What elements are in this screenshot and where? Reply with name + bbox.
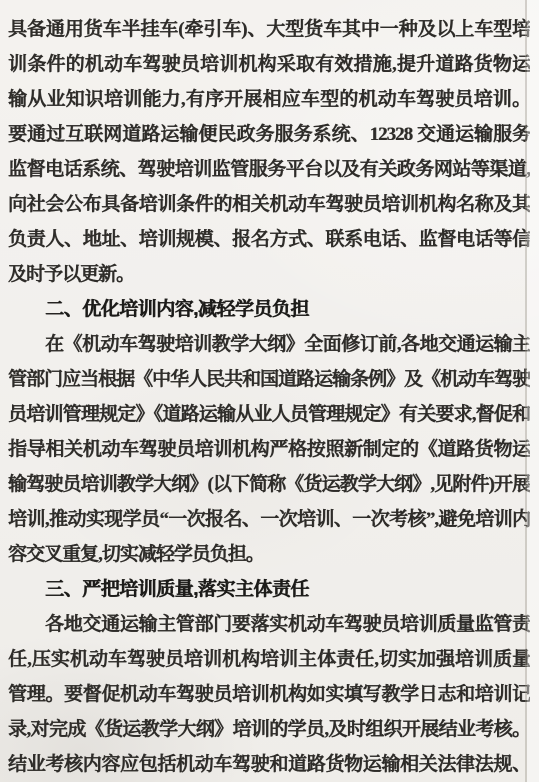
text-line: 指导相关机动车驾驶员培训机构严格按照新制定的《道路货物运 [8,432,530,467]
paragraph: 具备通用货车半挂车(牵引车)、大型货车其中一种及以上车型培训条件的机动车驾驶员培… [8,12,530,292]
text-line: 管理。要督促机动车驾驶员培训机构如实填写教学日志和培训记 [8,677,530,712]
text-line: 录,对完成《货运教学大纲》培训的学员,及时组织开展结业考核。 [8,712,530,747]
document-page: 具备通用货车半挂车(牵引车)、大型货车其中一种及以上车型培训条件的机动车驾驶员培… [0,0,539,782]
text-line: 负责人、地址、培训规模、报名方式、联系电话、监督电话等信息,并 [8,222,530,257]
text-line: 训条件的机动车驾驶员培训机构采取有效措施,提升道路货物运 [8,47,530,82]
page-right-edge [527,0,539,782]
section-heading: 三、严把培训质量,落实主体责任 [8,572,530,607]
text-line: 管部门应当根据《中华人民共和国道路运输条例》及《机动车驾驶 [8,362,530,397]
text-line: 任,压实机动车驾驶员培训机构培训主体责任,切实加强培训质量 [8,642,530,677]
paragraph: 各地交通运输主管部门要落实机动车驾驶员培训质量监管责任,压实机动车驾驶员培训机构… [8,607,530,782]
section-heading: 二、优化培训内容,减轻学员负担 [8,292,530,327]
text-line: 员培训管理规定》《道路运输从业人员管理规定》有关要求,督促和 [8,397,530,432]
text-line: 要通过互联网道路运输便民政务服务系统、12328 交通运输服务 [8,117,530,152]
text-line: 具备通用货车半挂车(牵引车)、大型货车其中一种及以上车型培 [8,12,530,47]
text-line: 监督电话系统、驾驶培训监管服务平台以及有关政务网站等渠道, [8,152,530,187]
paragraph: 在《机动车驾驶培训教学大纲》全面修订前,各地交通运输主管部门应当根据《中华人民共… [8,327,530,572]
text-line: 结业考核内容应包括机动车驾驶和道路货物运输相关法律法规、 [8,747,530,782]
text-line: 在《机动车驾驶培训教学大纲》全面修订前,各地交通运输主 [8,327,530,362]
text-line: 各地交通运输主管部门要落实机动车驾驶员培训质量监管责 [8,607,530,642]
text-line: 输驾驶员培训教学大纲》(以下简称《货运教学大纲》,见附件)开展 [8,467,530,502]
text-line: 培训,推动实现学员“一次报名、一次培训、一次考核”,避免培训内 [8,502,530,537]
text-line: 容交叉重复,切实减轻学员负担。 [8,537,530,572]
text-line: 输从业知识培训能力,有序开展相应车型的机动车驾驶员培训。 [8,82,530,117]
text-line: 向社会公布具备培训条件的相关机动车驾驶员培训机构名称及其 [8,187,530,222]
document-text-area: 具备通用货车半挂车(牵引车)、大型货车其中一种及以上车型培训条件的机动车驾驶员培… [8,12,530,782]
text-line: 及时予以更新。 [8,257,530,292]
